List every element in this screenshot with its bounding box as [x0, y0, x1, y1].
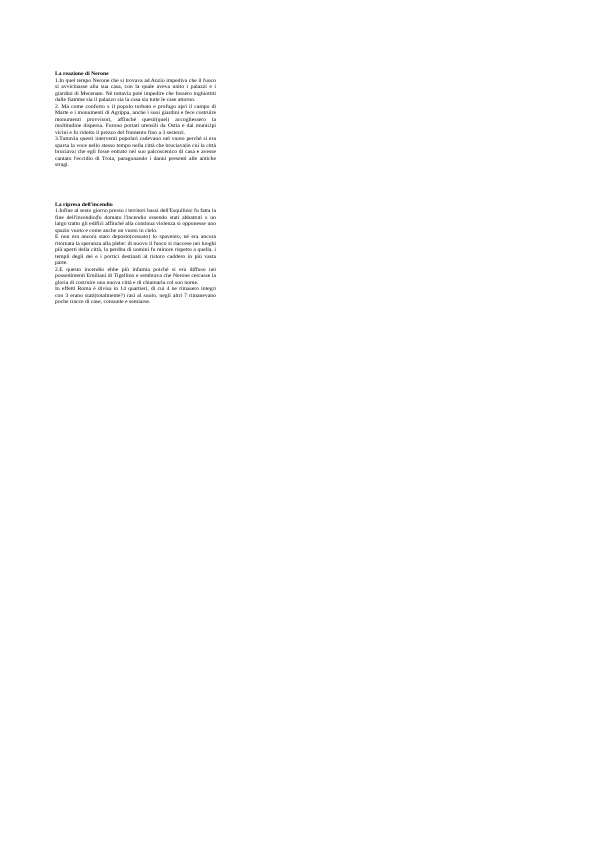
paragraph: In effetti Roma è divisa in 14 quartieri…: [55, 286, 216, 306]
paragraph: 1.In quel tempo Nerone che si trovava ad…: [55, 78, 216, 104]
paragraph: 2.E questo incendio ebbe più infamia poi…: [55, 267, 216, 287]
section-reazione-di-nerone: La reazione di Nerone 1.In quel tempo Ne…: [55, 71, 216, 169]
paragraph: 3.Tuttavia questi interventi popolari ca…: [55, 136, 216, 169]
document-page: La reazione di Nerone 1.In quel tempo Ne…: [0, 0, 596, 842]
paragraph: 2. Ma come conforto x il popolo turbato …: [55, 104, 216, 137]
paragraph: 1.Infine al sesto giorno presso i territ…: [55, 208, 216, 234]
paragraph: E non era ancora stato deposto(cessato) …: [55, 234, 216, 267]
text-block: La reazione di Nerone 1.In quel tempo Ne…: [55, 71, 216, 306]
section-ripresa-dell-incendio: La ripresa dell'incendio 1.Infine al ses…: [55, 202, 216, 306]
